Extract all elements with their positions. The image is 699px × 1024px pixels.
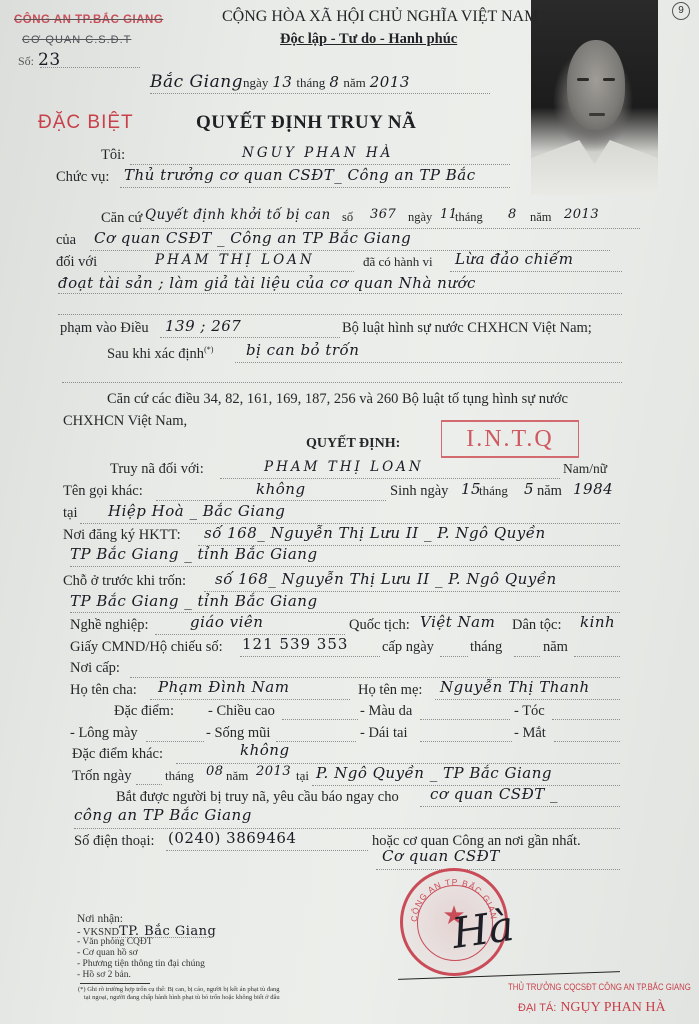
- report-agency-value: cơ quan CSĐT _: [430, 785, 558, 803]
- cua-value: Cơ quan CSĐT _ Công an TP Bắc Giang: [94, 229, 411, 247]
- escape-place-value: P. Ngô Quyền _ TP Bắc Giang: [316, 764, 552, 782]
- agency-stamp-line2: CƠ QUAN C.S.Đ.T: [22, 34, 131, 46]
- recipient-item: - Hồ sơ 2 bản.: [77, 970, 131, 980]
- hanhvi-value: Lừa đảo chiếm: [455, 250, 574, 268]
- motto: Độc lập - Tư do - Hanh phúc: [280, 31, 457, 48]
- document-title: QUYẾT ĐỊNH TRUY NÃ: [196, 112, 416, 134]
- suspect-photo: [531, 0, 658, 195]
- mother-name-value: Nguyễn Thị Thanh: [440, 678, 590, 696]
- cancu-label: Căn cứ: [101, 210, 142, 227]
- footnote: (*) Ghi rõ trường hợp trốn cụ thể: Bị ca…: [78, 986, 279, 993]
- registered-address-value-2: TP Bắc Giang _ tỉnh Bắc Giang: [70, 545, 318, 563]
- footnote-2: tại ngoại, người đang chấp hành hình phạ…: [84, 994, 280, 1001]
- agency-stamp-line1: CÔNG AN TP.BẮC GIANG: [14, 14, 163, 26]
- phone-value: (0240) 3869464: [168, 829, 296, 847]
- doivoi-value: PHAM THỊ LOAN: [155, 252, 315, 268]
- saukhi-value: bị can bỏ trốn: [246, 341, 359, 359]
- cancu-value: Quyết định khởi tố bị can: [145, 207, 331, 223]
- signature: Hà: [449, 901, 517, 958]
- agency-signature-label: Cơ quan CSĐT: [382, 847, 500, 865]
- residence-value-2: TP Bắc Giang _ tỉnh Bắc Giang: [70, 592, 318, 610]
- wanted-person-name: PHAM THỊ LOAN: [264, 459, 424, 475]
- republic-title: CỘNG HÒA XÃ HỘI CHỦ NGHĨA VIỆT NAM: [222, 8, 538, 26]
- toi-label: Tôi:: [101, 147, 125, 164]
- toi-value: NGUY PHAN HÀ: [242, 145, 393, 161]
- ethnicity-value: kinh: [580, 613, 615, 631]
- recipient-item: - Văn phòng CQĐT: [77, 937, 153, 947]
- id-number-value: 121 539 353: [242, 635, 348, 653]
- decision-heading: QUYẾT ĐỊNH:: [306, 436, 400, 452]
- recipient-item: - Phương tiện thông tin đại chúng: [77, 959, 205, 969]
- date-line: Bắc Giangngày 13 tháng 8 năm 2013: [150, 72, 410, 92]
- escape-month: 08: [206, 764, 224, 779]
- report-agency-value-2: công an TP Bắc Giang: [74, 806, 252, 824]
- chucvu-label: Chức vụ:: [56, 169, 109, 186]
- intq-stamp: I.N.T.Q: [441, 420, 579, 458]
- hanhvi-value-2: đoạt tài sản ; làm giả tài liệu của cơ q…: [58, 274, 476, 292]
- signer-name: ĐẠI TÁ: NGỤY PHAN HÀ: [518, 998, 666, 1016]
- escape-year: 2013: [256, 764, 291, 779]
- birthplace-value: Hiệp Hoà _ Bắc Giang: [108, 502, 285, 520]
- birth-month: 5: [524, 480, 534, 498]
- occupation-value: giáo viên: [190, 613, 263, 631]
- signer-title: THỦ TRƯỞNG CQCSĐT CÔNG AN TP.BẮC GIANG: [508, 982, 691, 993]
- chucvu-value: Thủ trưởng cơ quan CSĐT_ Công an TP Bắc: [124, 166, 476, 184]
- birth-year: 1984: [573, 480, 613, 498]
- special-label: ĐẶC BIỆT: [38, 112, 134, 134]
- father-name-value: Phạm Đình Nam: [158, 678, 289, 696]
- other-features-value: không: [240, 741, 290, 759]
- recipient-item: - Cơ quan hồ sơ: [77, 948, 138, 958]
- phamvao-value: 139 ; 267: [165, 317, 241, 335]
- registered-address-value: số 168_ Nguyễn Thị Lưu II _ P. Ngô Quyền: [204, 524, 546, 542]
- decision-number: 367: [370, 207, 396, 222]
- saukhi-label: Sau khi xác định(*): [107, 345, 213, 363]
- alias-value: không: [256, 480, 306, 498]
- nationality-value: Việt Nam: [420, 613, 495, 631]
- page-number: 9: [672, 2, 690, 20]
- residence-value: số 168_ Nguyễn Thị Lưu II _ P. Ngô Quyền: [215, 570, 557, 588]
